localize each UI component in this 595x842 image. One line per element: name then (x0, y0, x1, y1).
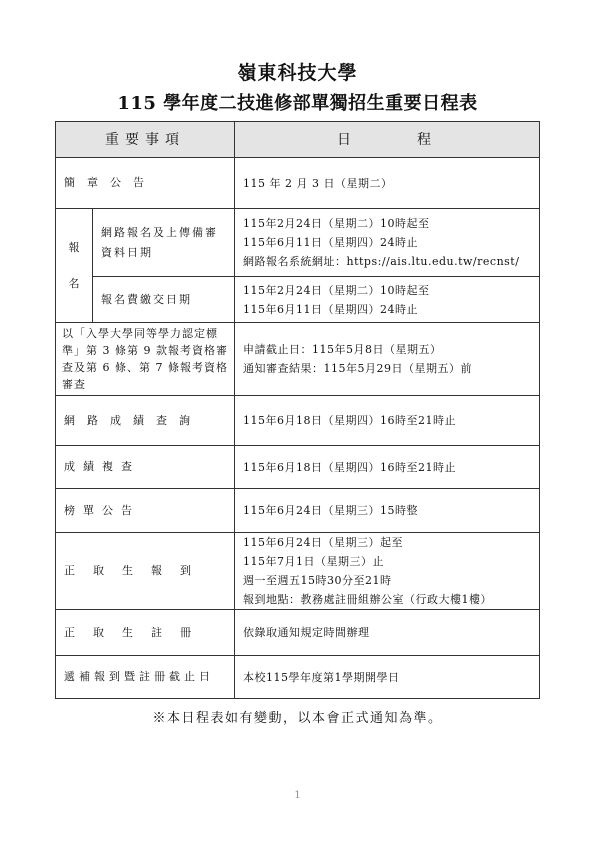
row-item: 報名費繳交日期 (93, 277, 235, 323)
schedule-line: 115年6月18日（星期四）16時至21時止 (243, 458, 531, 477)
schedule-line: 115年6月24日（星期三）起至 (243, 533, 531, 552)
schedule-line: 115年2月24日（星期二）10時起至 (243, 281, 531, 300)
table-row: 簡章公告 115 年 2 月 3 日（星期二） (56, 158, 540, 209)
schedule-table: 重要事項 日 程 簡章公告 115 年 2 月 3 日（星期二） 報 名 網路報… (55, 121, 540, 699)
row-schedule: 115 年 2 月 3 日（星期二） (235, 158, 540, 209)
row-schedule: 115年2月24日（星期二）10時起至 115年6月11日（星期四）24時止 (235, 277, 540, 323)
schedule-line: 通知審查結果：115年5月29日（星期五）前 (243, 359, 531, 378)
university-name: 嶺東科技大學 (0, 58, 595, 85)
schedule-line: 115年6月11日（星期四）24時止 (243, 233, 531, 252)
row-schedule: 本校115學年度第1學期開學日 (235, 656, 540, 699)
registration-url[interactable]: 網路報名系統網址：https://ais.ltu.edu.tw/recnst/ (243, 252, 531, 271)
document-title: 115 學年度二技進修部單獨招生重要日程表 (0, 89, 595, 115)
schedule-line: 本校115學年度第1學期開學日 (243, 668, 531, 687)
table-row: 遞補報到暨註冊截止日 本校115學年度第1學期開學日 (56, 656, 540, 699)
row-item: 正取生註冊 (56, 610, 235, 656)
schedule-line: 115年6月18日（星期四）16時至21時止 (243, 411, 531, 430)
column-header-item: 重要事項 (56, 122, 235, 158)
row-schedule: 115年6月18日（星期四）16時至21時止 (235, 396, 540, 446)
schedule-line: 申請截止日：115年5月8日（星期五） (243, 340, 531, 359)
table-row: 正取生註冊 依錄取通知規定時間辦理 (56, 610, 540, 656)
page-number: 1 (0, 790, 595, 801)
row-schedule: 依錄取通知規定時間辦理 (235, 610, 540, 656)
schedule-line: 115年6月11日（星期四）24時止 (243, 300, 531, 319)
footnote: ※本日程表如有變動，以本會正式通知為準。 (0, 707, 595, 726)
row-schedule: 115年2月24日（星期二）10時起至 115年6月11日（星期四）24時止 網… (235, 209, 540, 277)
table-row: 成績複查 115年6月18日（星期四）16時至21時止 (56, 446, 540, 489)
row-item: 以「入學大學同等學力認定標準」第 3 條第 9 款報考資格審查及第 6 條、第 … (56, 323, 235, 396)
table-row: 榜單公告 115年6月24日（星期三）15時整 (56, 489, 540, 533)
schedule-line: 週一至週五15時30分至21時 (243, 571, 531, 590)
table-row: 以「入學大學同等學力認定標準」第 3 條第 9 款報考資格審查及第 6 條、第 … (56, 323, 540, 396)
schedule-line: 115年6月24日（星期三）15時整 (243, 501, 531, 520)
schedule-line: 115 年 2 月 3 日（星期二） (243, 174, 531, 193)
schedule-line: 115年2月24日（星期二）10時起至 (243, 214, 531, 233)
row-schedule: 115年6月24日（星期三）起至 115年7月1日（星期三）止 週一至週五15時… (235, 533, 540, 610)
row-item: 遞補報到暨註冊截止日 (56, 656, 235, 699)
group-label-registration: 報 名 (56, 209, 93, 323)
schedule-line: 報到地點：教務處註冊組辦公室（行政大樓1樓） (243, 590, 531, 609)
row-schedule: 115年6月24日（星期三）15時整 (235, 489, 540, 533)
column-header-schedule: 日 程 (235, 122, 540, 158)
table-header-row: 重要事項 日 程 (56, 122, 540, 158)
group-label-char: 報 (56, 239, 92, 257)
row-item: 網路成績查詢 (56, 396, 235, 446)
group-label-char: 名 (56, 275, 92, 293)
table-row: 正取生報到 115年6月24日（星期三）起至 115年7月1日（星期三）止 週一… (56, 533, 540, 610)
row-item: 正取生報到 (56, 533, 235, 610)
row-schedule: 115年6月18日（星期四）16時至21時止 (235, 446, 540, 489)
schedule-line: 115年7月1日（星期三）止 (243, 552, 531, 571)
table-row: 網路成績查詢 115年6月18日（星期四）16時至21時止 (56, 396, 540, 446)
row-schedule: 申請截止日：115年5月8日（星期五） 通知審查結果：115年5月29日（星期五… (235, 323, 540, 396)
row-item: 榜單公告 (56, 489, 235, 533)
table-row: 報名費繳交日期 115年2月24日（星期二）10時起至 115年6月11日（星期… (56, 277, 540, 323)
row-item: 成績複查 (56, 446, 235, 489)
table-row: 報 名 網路報名及上傳備審資料日期 115年2月24日（星期二）10時起至 11… (56, 209, 540, 277)
schedule-line: 依錄取通知規定時間辦理 (243, 623, 531, 642)
row-item: 簡章公告 (56, 158, 235, 209)
row-item: 網路報名及上傳備審資料日期 (93, 209, 235, 277)
